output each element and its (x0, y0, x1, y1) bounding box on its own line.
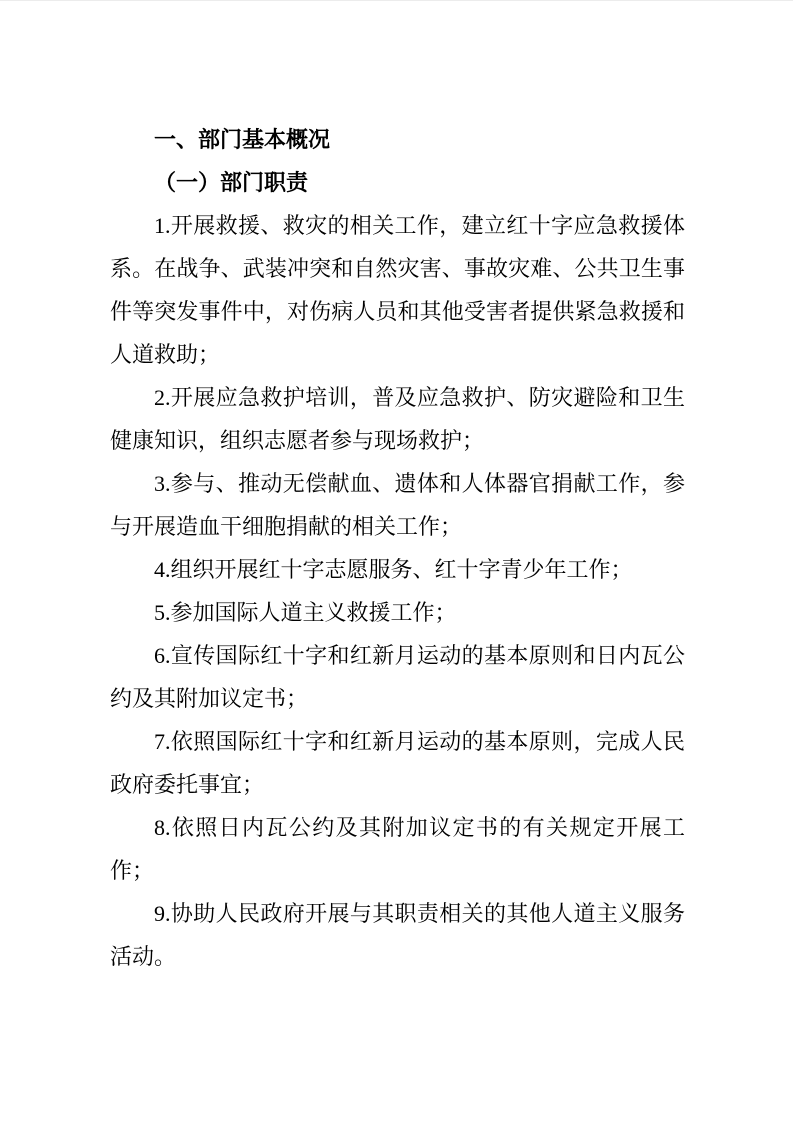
duty-paragraph: 4.组织开展红十字志愿服务、红十字青少年工作； (110, 548, 685, 591)
duty-paragraph: 9.协助人民政府开展与其职责相关的其他人道主义服务活动。 (110, 892, 685, 978)
duty-paragraph: 2.开展应急救护培训，普及应急救护、防灾避险和卫生健康知识，组织志愿者参与现场救… (110, 376, 685, 462)
duty-paragraph: 5.参加国际人道主义救援工作； (110, 591, 685, 634)
subsection-heading: （一）部门职责 (110, 161, 685, 204)
duty-paragraph: 3.参与、推动无偿献血、遗体和人体器官捐献工作，参与开展造血干细胞捐献的相关工作… (110, 462, 685, 548)
duties-paragraph-list: 1.开展救援、救灾的相关工作，建立红十字应急救援体系。在战争、武装冲突和自然灾害… (110, 204, 685, 978)
duty-paragraph: 1.开展救援、救灾的相关工作，建立红十字应急救援体系。在战争、武装冲突和自然灾害… (110, 204, 685, 376)
duty-paragraph: 8.依照日内瓦公约及其附加议定书的有关规定开展工作； (110, 806, 685, 892)
duty-paragraph: 7.依照国际红十字和红新月运动的基本原则，完成人民政府委托事宜； (110, 720, 685, 806)
section-heading: 一、部门基本概况 (110, 118, 685, 161)
document-page: 一、部门基本概况 （一）部门职责 1.开展救援、救灾的相关工作，建立红十字应急救… (0, 0, 793, 1122)
duty-paragraph: 6.宣传国际红十字和红新月运动的基本原则和日内瓦公约及其附加议定书； (110, 634, 685, 720)
